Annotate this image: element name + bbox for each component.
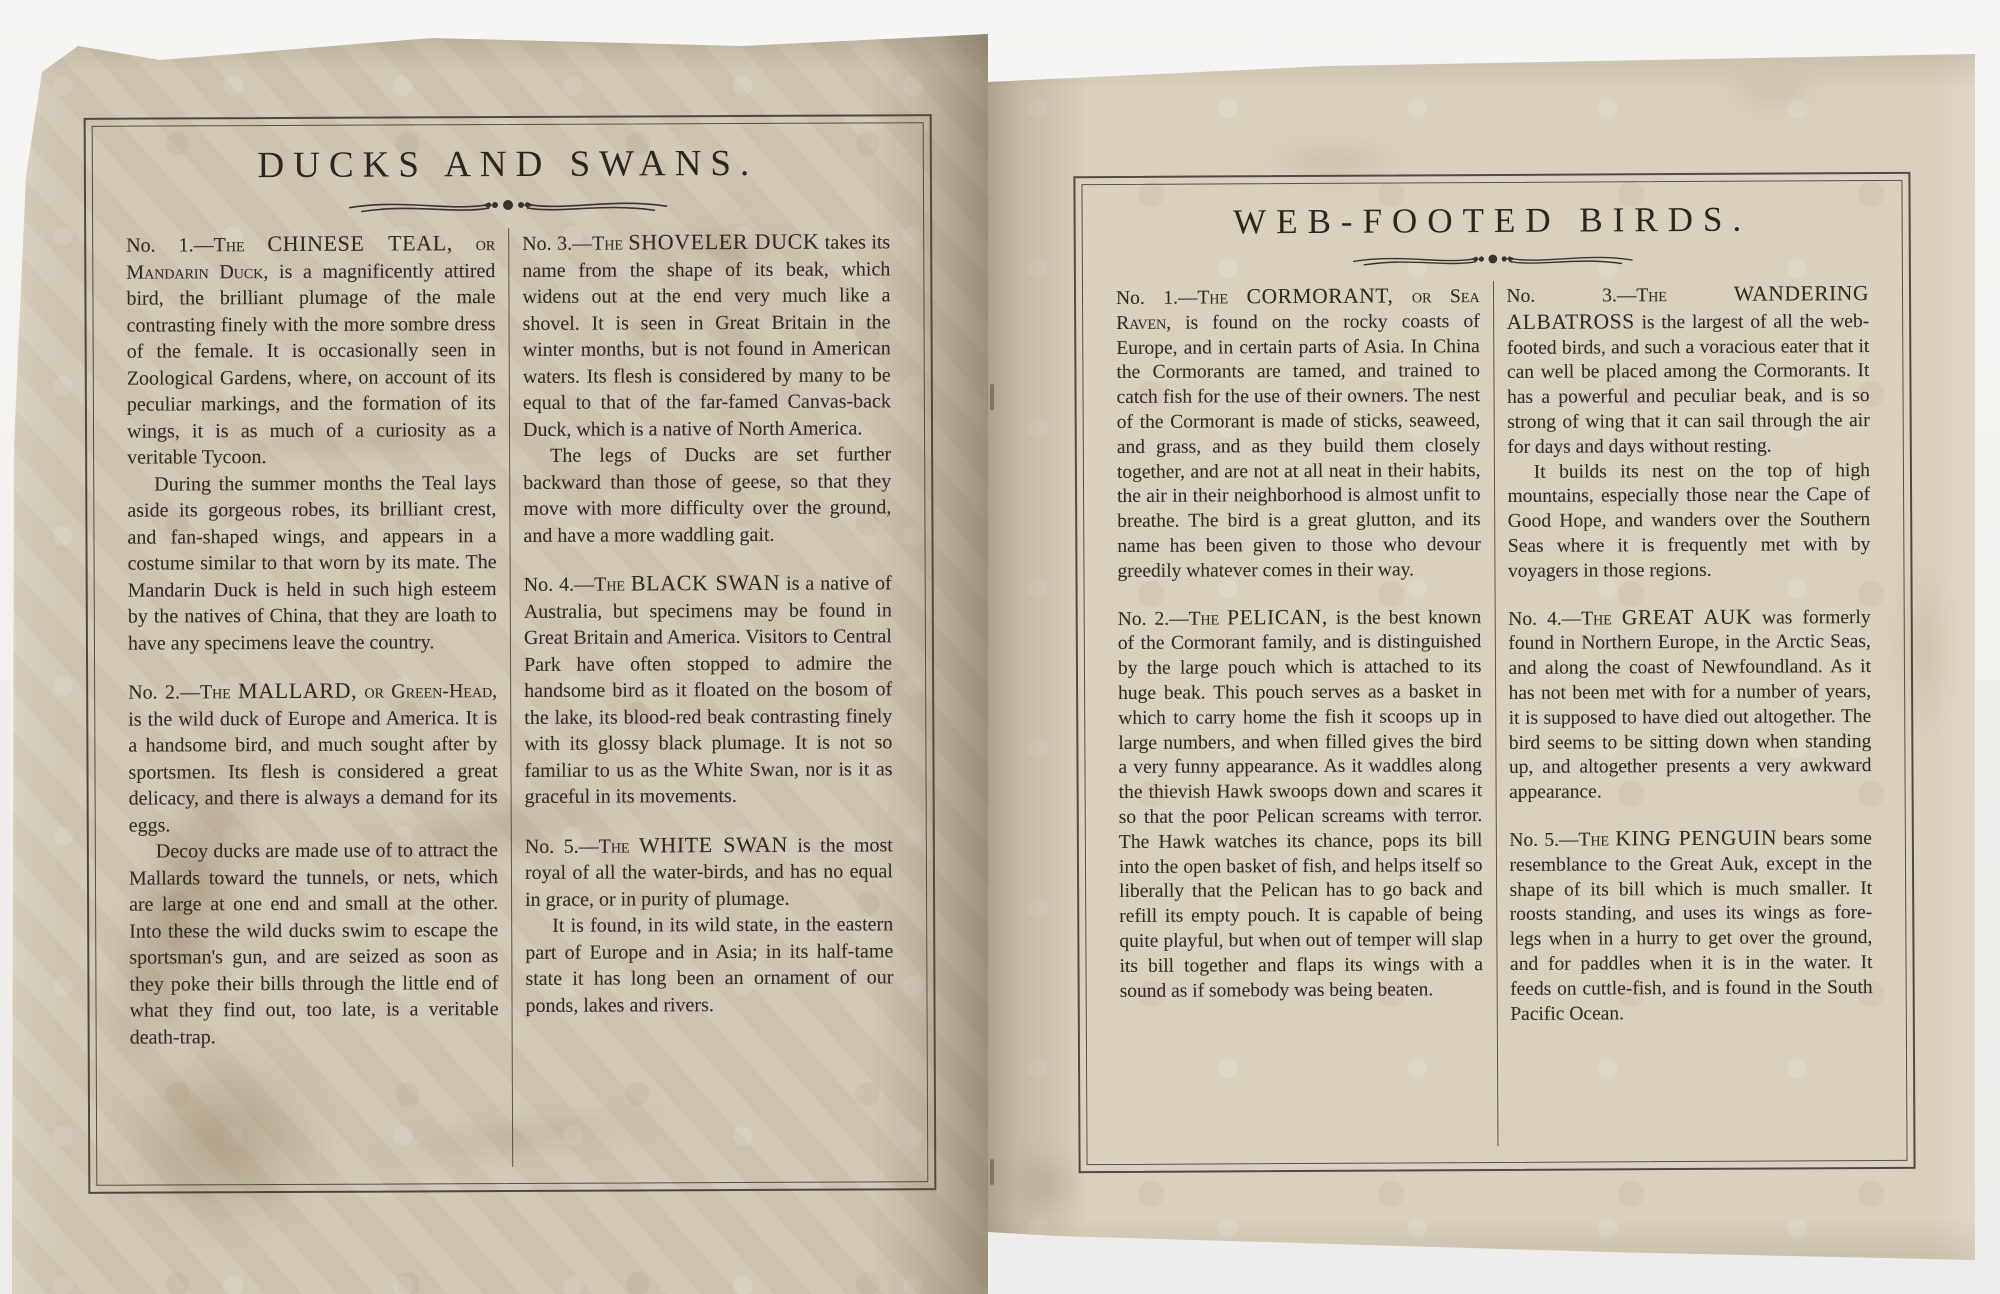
section-lead-paragraph: No. 2.—The PELICAN, is the best known of… (1118, 604, 1484, 1005)
left-page-frame-inner: DUCKS AND SWANS. (92, 122, 929, 1186)
text-run: The (200, 681, 238, 703)
text-run: No. 4.— (1508, 608, 1581, 629)
text-run: Decoy ducks are made use of to attract t… (129, 839, 499, 1048)
text-run: No. 5.— (1509, 830, 1578, 851)
text-run: GREAT AUK (1622, 604, 1752, 629)
body-paragraph: Decoy ducks are made use of to attract t… (129, 837, 499, 1051)
right-page-frame: WEB-FOOTED BIRDS. (1073, 172, 1915, 1173)
section-lead-paragraph: No. 5.—The KING PENGUIN bears some resem… (1509, 825, 1873, 1027)
text-run: is found on the rocky coasts of Europe, … (1116, 311, 1481, 582)
section-lead-paragraph: No. 2.—The MALLARD, or Green-Head, is th… (128, 677, 498, 839)
section-lead-paragraph: No. 3.—The SHOVELER DUCK takes its name … (522, 228, 891, 443)
text-run: The (592, 232, 628, 254)
left-page: DUCKS AND SWANS. (12, 26, 988, 1294)
binding-stitch (990, 384, 994, 410)
text-run: takes its name from the shape of its bea… (522, 231, 891, 440)
section-lead-paragraph: No. 1.—The CORMORANT, or Sea Raven, is f… (1116, 283, 1481, 584)
section-lead-paragraph: No. 5.—The WHITE SWAN is the most royal … (525, 831, 893, 913)
left-page-title: DUCKS AND SWANS. (113, 141, 903, 187)
text-run: WHITE SWAN (639, 831, 788, 857)
right-page-frame-inner: WEB-FOOTED BIRDS. (1081, 180, 1907, 1165)
text-run: The (1578, 829, 1615, 850)
text-run: BLACK SWAN (631, 570, 780, 596)
flourish-ornament (343, 191, 673, 218)
text-run: No. 3.— (522, 233, 592, 255)
text-run: The (594, 573, 631, 595)
right-page-column-1: No. 1.—The CORMORANT, or Sea Raven, is f… (1103, 281, 1497, 1148)
text-run: No. 1.— (1116, 288, 1198, 309)
section-lead-paragraph: No. 4.—The GREAT AUK was formerly found … (1508, 604, 1872, 806)
right-page-column-2: No. 3.—The WANDERING ALBATROSS is the la… (1492, 279, 1886, 1146)
text-run: The (1197, 287, 1246, 308)
text-run: is the wild duck of Europe and America. … (128, 707, 497, 837)
body-paragraph: The legs of Ducks are set further backwa… (523, 441, 891, 549)
left-page-column-2: No. 3.—The SHOVELER DUCK takes its name … (508, 226, 907, 1167)
text-run: The (1189, 608, 1228, 629)
left-page-frame: DUCKS AND SWANS. (84, 114, 937, 1194)
text-run: No. 2.— (128, 681, 200, 703)
text-run: MALLARD, (238, 678, 357, 704)
text-run: CHINESE TEAL, (267, 230, 453, 256)
text-run: No. 1.— (126, 234, 213, 256)
text-run: was formerly found in Northern Europe, i… (1508, 607, 1871, 803)
text-run: CORMORANT, (1247, 284, 1394, 309)
right-page: WEB-FOOTED BIRDS. (988, 54, 1975, 1266)
body-paragraph: During the summer months the Teal lays a… (127, 470, 497, 657)
text-run: SHOVELER DUCK (628, 229, 819, 255)
text-run: No. 5.— (525, 835, 599, 857)
flourish-ornament (1347, 246, 1637, 272)
right-page-columns: No. 1.—The CORMORANT, or Sea Raven, is f… (1103, 279, 1887, 1148)
section-lead-paragraph: No. 3.—The WANDERING ALBATROSS is the la… (1506, 281, 1869, 460)
right-page-title: WEB-FOOTED BIRDS. (1103, 199, 1882, 243)
binding-stitch (990, 1159, 994, 1185)
text-run: No. 4.— (524, 574, 594, 596)
text-run: The (1636, 285, 1734, 307)
text-run: The (1581, 608, 1622, 629)
text-run: bears some resemblance to the Great Auk,… (1509, 828, 1872, 1024)
text-run: PELICAN, (1227, 604, 1328, 629)
left-page-column-1: No. 1.—The CHINESE TEAL, or Mandarin Duc… (113, 228, 512, 1169)
text-run: No. 3.— (1506, 285, 1636, 307)
text-run: is a native of Australia, but specimens … (524, 572, 893, 808)
text-run: It builds its nest on the top of high mo… (1508, 460, 1871, 582)
text-run: The (599, 835, 639, 857)
text-run: It is found, in its wild state, in the e… (525, 913, 893, 1016)
body-paragraph: It is found, in its wild state, in the e… (525, 911, 893, 1019)
text-run: During the summer months the Teal lays a… (127, 472, 497, 655)
text-run: is a magnificently attired bird, the bri… (126, 260, 496, 469)
body-paragraph: It builds its nest on the top of high mo… (1507, 459, 1870, 585)
text-run: The (214, 234, 268, 256)
left-page-columns: No. 1.—The CHINESE TEAL, or Mandarin Duc… (113, 226, 907, 1168)
stain-mark (1708, 60, 1838, 120)
section-lead-paragraph: No. 4.—The BLACK SWAN is a native of Aus… (524, 569, 893, 810)
text-run: is the best known of the Cormorant famil… (1118, 607, 1483, 1002)
photo-background: DUCKS AND SWANS. (0, 0, 2000, 1294)
text-run: No. 2.— (1118, 608, 1189, 629)
section-lead-paragraph: No. 1.—The CHINESE TEAL, or Mandarin Duc… (126, 230, 496, 471)
text-run: KING PENGUIN (1615, 825, 1777, 850)
text-run: or Green-Head, (357, 680, 497, 703)
text-run: The legs of Ducks are set further backwa… (523, 443, 891, 546)
